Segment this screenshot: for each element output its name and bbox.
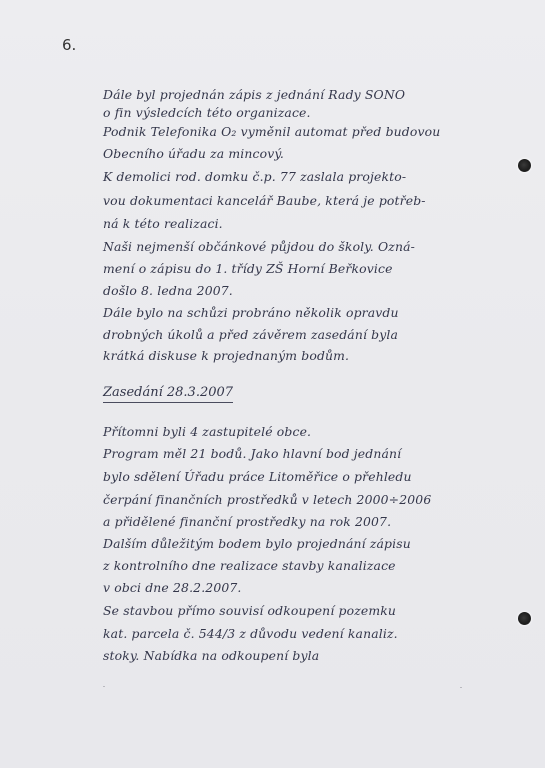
text-line: z kontrolního dne realizace stavby kanal…: [103, 555, 396, 577]
text-line: Obecního úřadu za mincový.: [103, 143, 284, 165]
page-number: 6.: [62, 36, 76, 54]
text-line: stoky. Nabídka na odkoupení byla: [103, 645, 319, 667]
text-line: kat. parcela č. 544/3 z důvodu vedení ka…: [103, 623, 398, 645]
text-line: Podnik Telefonika O₂ vyměnil automat pře…: [103, 121, 440, 143]
text-line: došlo 8. ledna 2007.: [103, 280, 233, 302]
text-line: drobných úkolů a před závěrem zasedání b…: [103, 324, 398, 346]
text-line: bylo sdělení Úřadu práce Litoměřice o př…: [103, 466, 412, 488]
text-line: K demolici rod. domku č.p. 77 zaslala pr…: [103, 166, 406, 188]
punch-hole-icon: [518, 612, 531, 625]
scan-speck: [460, 687, 462, 688]
punch-hole-icon: [518, 159, 531, 172]
text-line: v obci dne 28.2.2007.: [103, 577, 242, 599]
text-line: vou dokumentaci kancelář Baube, která je…: [103, 190, 426, 212]
text-line: Dalším důležitým bodem bylo projednání z…: [103, 533, 411, 555]
text-line: Dále bylo na schůzi probráno několik opr…: [103, 302, 399, 324]
text-line: Přítomni byli 4 zastupitelé obce.: [103, 421, 311, 443]
section-heading: Zasedání 28.3.2007: [103, 385, 233, 403]
text-line: Naši nejmenší občánkové půjdou do školy.…: [103, 236, 415, 258]
text-line: Se stavbou přímo souvisí odkoupení pozem…: [103, 600, 396, 622]
text-line: čerpání finančních prostředků v letech 2…: [103, 489, 431, 511]
text-line: a přidělené finanční prostředky na rok 2…: [103, 511, 391, 533]
scan-speck: [103, 686, 105, 687]
text-line: Program měl 21 bodů. Jako hlavní bod jed…: [103, 443, 401, 465]
text-line: mení o zápisu do 1. třídy ZŠ Horní Beřko…: [103, 258, 393, 280]
scanned-page: 6. Dále byl projednán zápis z jednání Ra…: [0, 0, 545, 768]
text-line: ná k této realizaci.: [103, 213, 223, 235]
text-line: krátká diskuse k projednaným bodům.: [103, 345, 349, 367]
